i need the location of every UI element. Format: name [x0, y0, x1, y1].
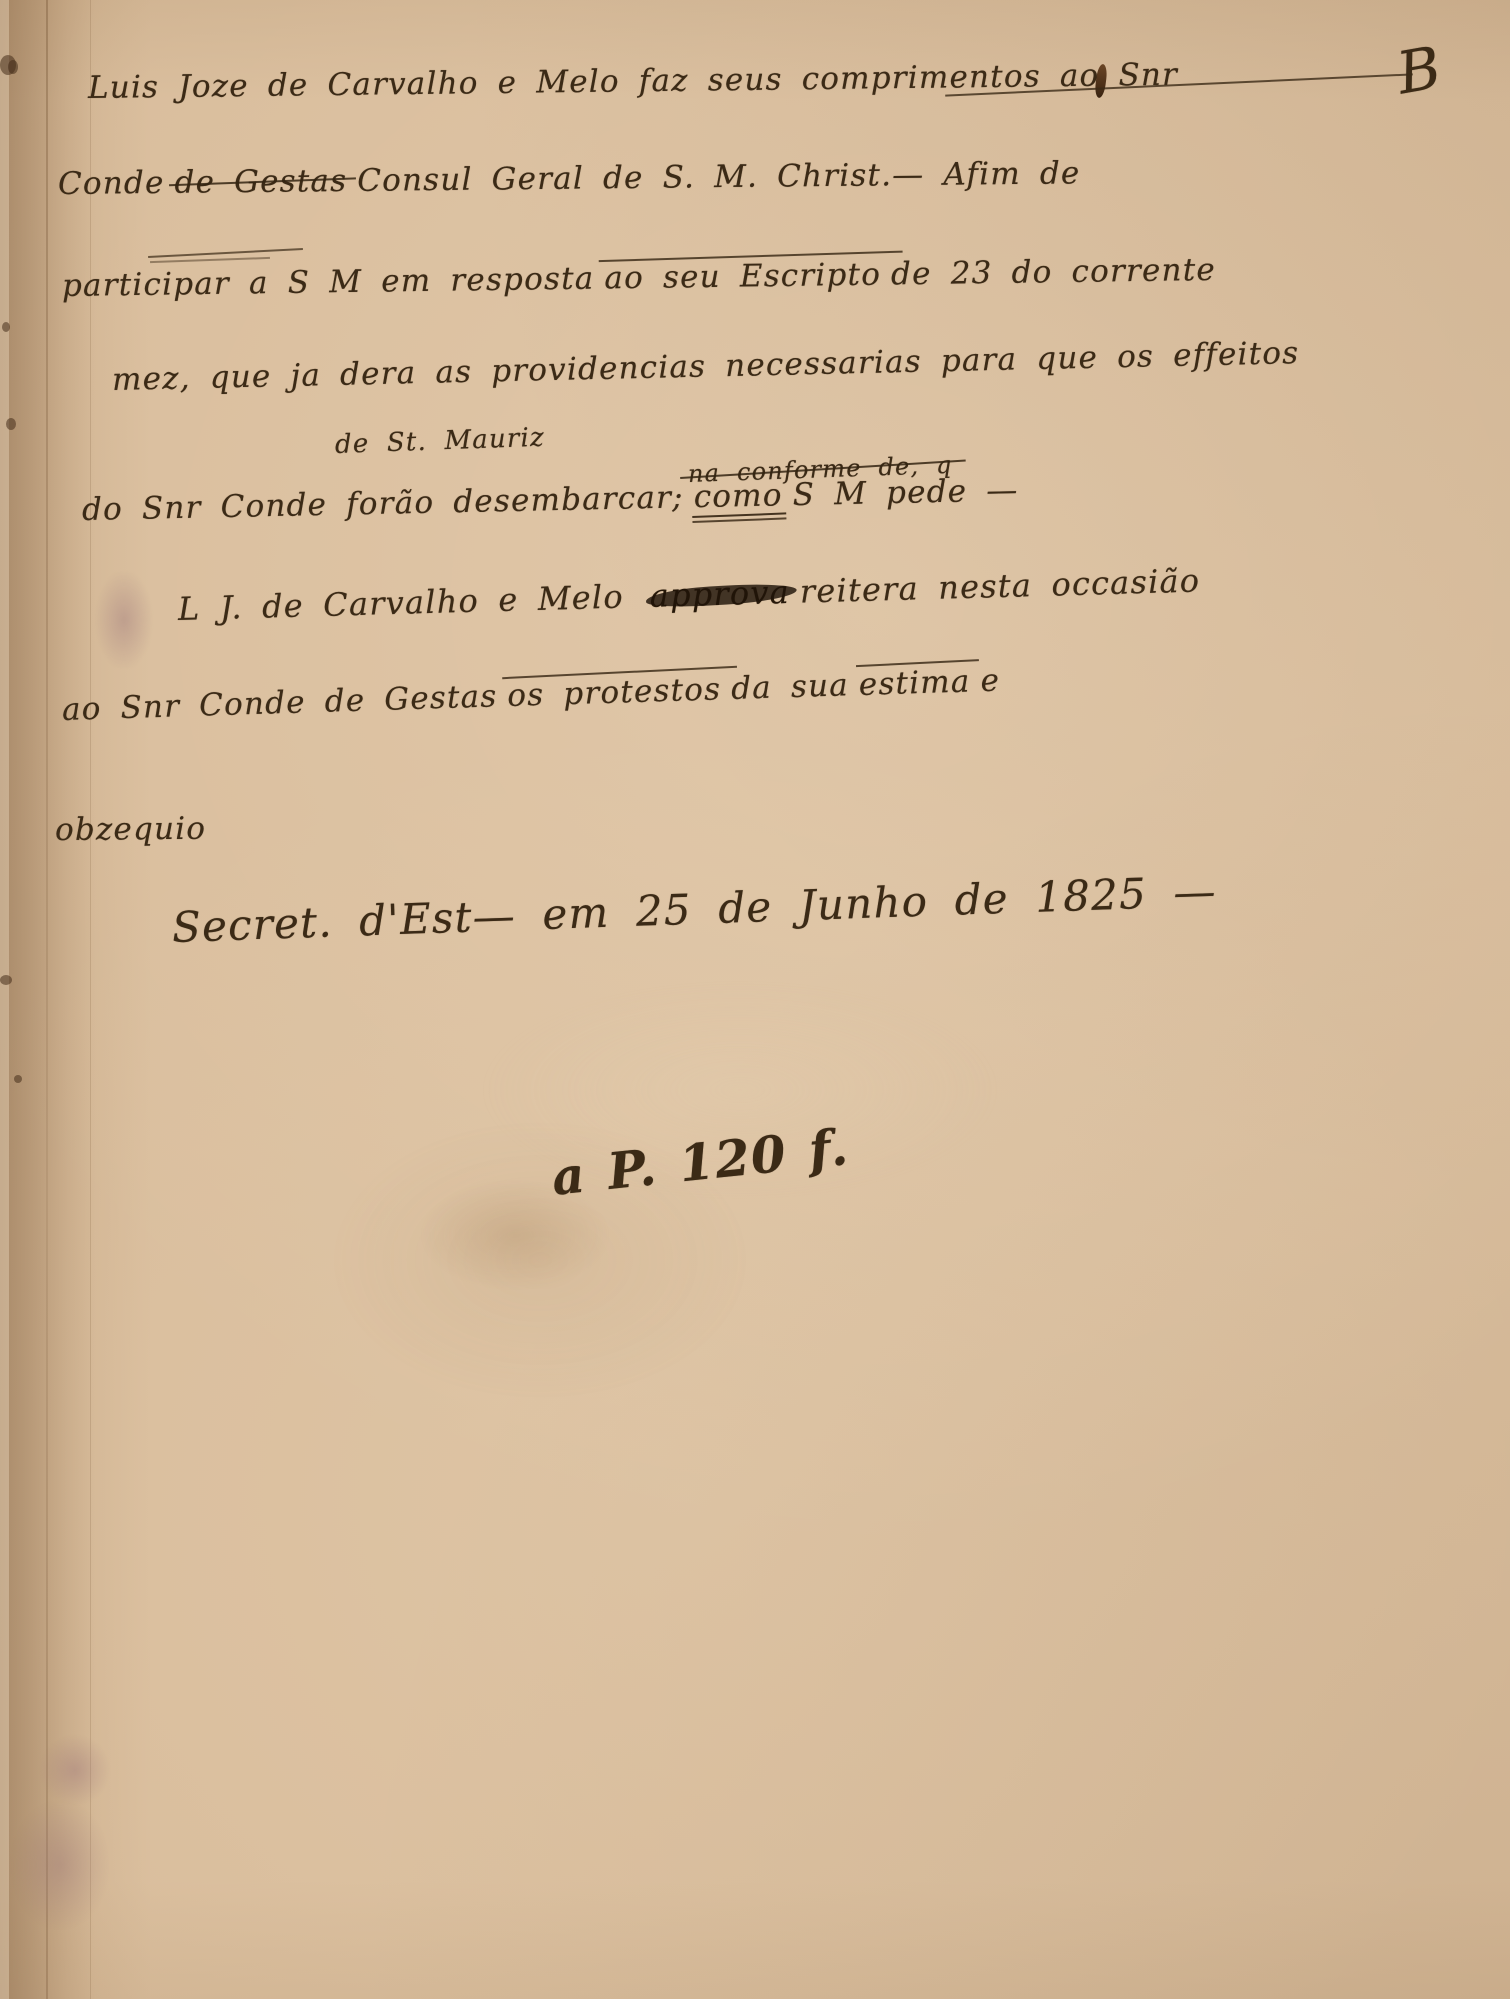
line3-overlined-words: ao seu Escripto — [604, 257, 881, 297]
manuscript-line-4: mez, que ja dera as providencias necessa… — [112, 335, 1300, 398]
manuscript-line-7: ao Snr Conde de Gestasos protestosda sua… — [61, 663, 1000, 728]
manuscript-line-2: Condede GestasConsul Geral de S. M. Chri… — [58, 155, 1081, 202]
manuscript-line-5: do Snr Conde forão desembarcar;comoS M p… — [82, 472, 1019, 528]
line6-rest: reitera nesta occasião — [799, 561, 1200, 610]
interlinear-insertion-1: de St. Mauriz — [334, 423, 545, 460]
manuscript-page: B Luis Joze de Carvalho e Melo faz seus … — [0, 0, 1510, 1999]
line7-start: ao Snr Conde de Gestas — [61, 678, 497, 728]
line7-overlined-words-1: os protestos — [507, 671, 722, 714]
crossed-out-word-mark — [148, 248, 303, 258]
line2-rest: Consul Geral de S. M. Christ.— Afim de — [357, 155, 1081, 199]
line6-blotted-word: approva — [649, 573, 790, 615]
page-edge-strip — [0, 0, 9, 1999]
line6-start: L J. de Carvalho e Melo — [177, 578, 624, 628]
binding-crease — [46, 0, 48, 1999]
ink-speck — [6, 418, 16, 430]
line5-rest: S M pede — — [792, 472, 1019, 513]
ink-speck — [0, 55, 16, 75]
line3-rest: de 23 do corrente — [891, 252, 1216, 293]
crossed-out-word-mark — [150, 257, 270, 263]
line5-underlined-word: como — [693, 477, 783, 515]
line7-overlined-words-2: estima — [858, 663, 971, 702]
dateline: Secret. d'Est— em 25 de Junho de 1825 — — [171, 867, 1217, 952]
line2-struck-words: de Gestas — [174, 163, 347, 201]
paper-stain — [40, 1735, 110, 1805]
line2-word: Conde — [58, 165, 165, 202]
line5-start: do Snr Conde forão desembarcar; — [82, 479, 685, 528]
manuscript-line-6: L J. de Carvalho e Meloapprovareitera ne… — [177, 561, 1200, 628]
paper-stain — [10, 1800, 110, 1930]
ink-speck — [0, 975, 12, 985]
flourish-letter-mark: B — [1392, 33, 1447, 108]
manuscript-line-1: Luis Joze de Carvalho e Melo faz seus co… — [88, 57, 1179, 106]
line7-mid: da sua — [731, 667, 850, 707]
line3-start: participar a S M em resposta — [62, 261, 595, 304]
paper-stain — [95, 570, 153, 670]
line7-end: e — [980, 663, 1001, 700]
manuscript-line-8: obzequio — [55, 811, 206, 848]
ink-speck — [2, 322, 10, 332]
ink-speck — [14, 1075, 22, 1083]
